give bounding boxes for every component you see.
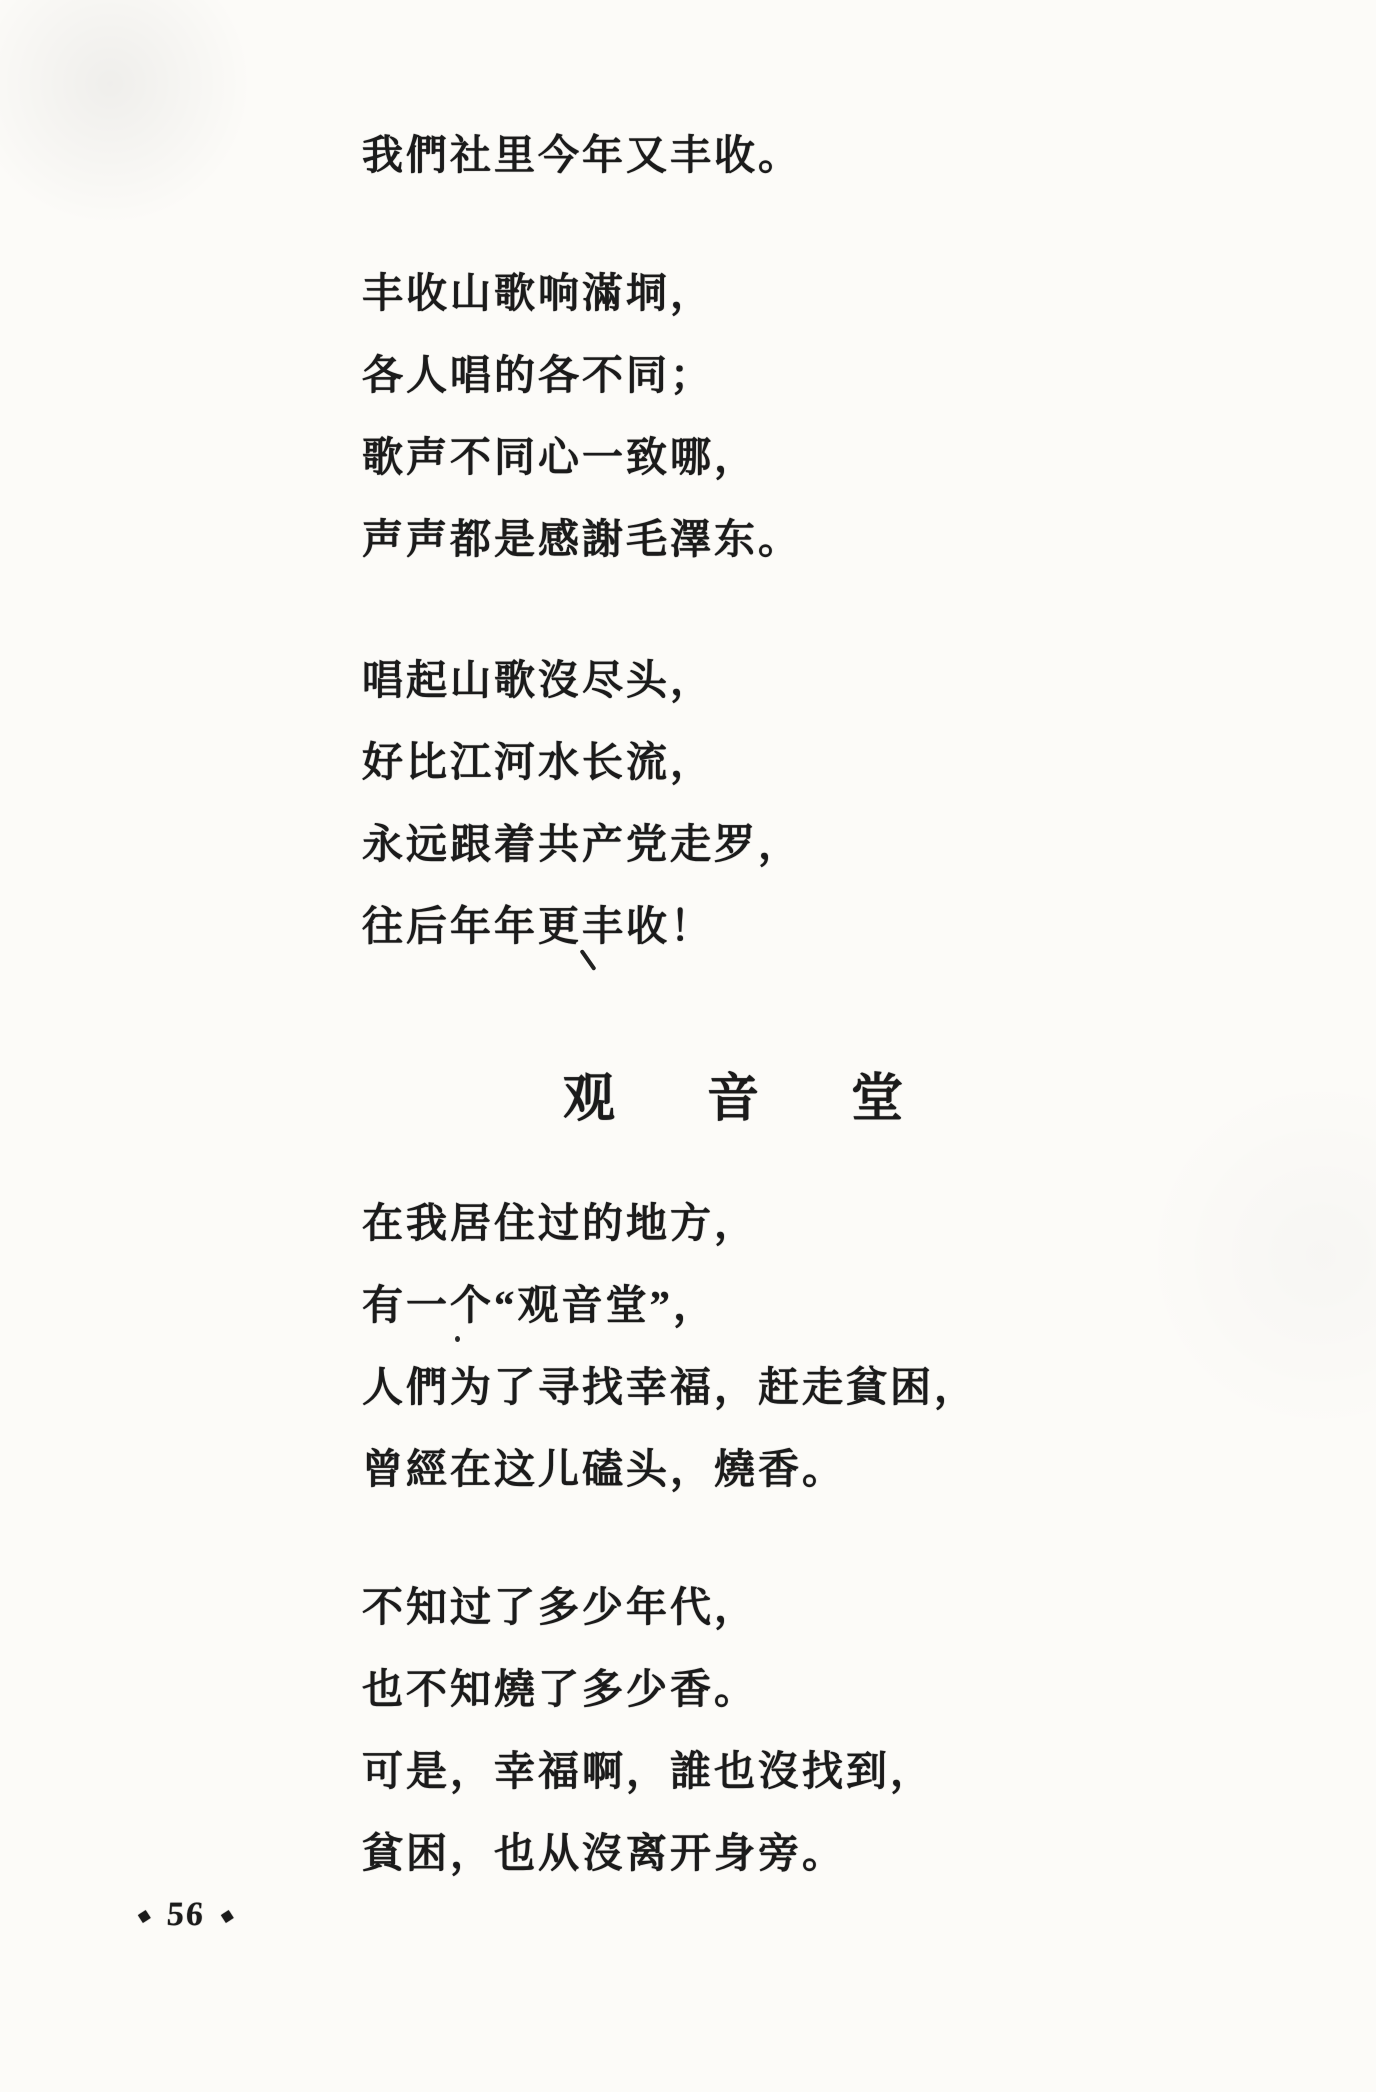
poem-line: 曾經在这儿磕头，燒香。 xyxy=(362,1428,1222,1510)
poem-line: 可是，幸福啊，誰也沒找到， xyxy=(362,1730,1222,1812)
footer-ornament-icon: ◆ xyxy=(136,1905,152,1924)
poem-line: 好比江河水长流， xyxy=(362,721,1222,803)
poem-line: 人們为了寻找幸福，赶走貧困， xyxy=(362,1346,1222,1428)
poem-line: 歌声不同心一致哪， xyxy=(362,416,1222,498)
harvest-poem-closing-stanza: 我們社里今年又丰收。 xyxy=(362,114,802,196)
page-footer: ◆ 56 ◆ xyxy=(138,1896,234,1934)
poem-line: 我們社里今年又丰收。 xyxy=(362,114,802,196)
poem-line: 也不知燒了多少香。 xyxy=(362,1648,1222,1730)
harvest-poem-stanza-3: 唱起山歌沒尽头， 好比江河水长流， 永远跟着共产党走罗， 往后年年更丰收！ xyxy=(362,639,1222,967)
poem-title-guanyintang: 观 音 堂 xyxy=(563,1064,923,1136)
stray-ink-dot xyxy=(455,1336,460,1342)
poem-line: 在我居住过的地方， xyxy=(362,1182,1222,1264)
poem-line: 声声都是感謝毛澤东。 xyxy=(362,498,1222,580)
harvest-poem-stanza-2: 丰收山歌响滿垌， 各人唱的各不同； 歌声不同心一致哪， 声声都是感謝毛澤东。 xyxy=(362,252,1222,580)
poem-line: 永远跟着共产党走罗， xyxy=(362,803,1222,885)
poem-line: 往后年年更丰收！ xyxy=(362,885,1222,967)
footer-ornament-icon: ◆ xyxy=(219,1905,235,1924)
poem-line: 貧困，也从沒离开身旁。 xyxy=(362,1812,1222,1894)
page-number: 56 xyxy=(166,1896,207,1934)
guanyintang-poem-stanza-2: 不知过了多少年代， 也不知燒了多少香。 可是，幸福啊，誰也沒找到， 貧困，也从沒… xyxy=(362,1566,1222,1894)
poem-line: 丰收山歌响滿垌， xyxy=(362,252,1222,334)
poem-line: 各人唱的各不同； xyxy=(362,334,1222,416)
poem-line: 不知过了多少年代， xyxy=(362,1566,1222,1648)
book-page: 我們社里今年又丰收。 丰收山歌响滿垌， 各人唱的各不同； 歌声不同心一致哪， 声… xyxy=(0,0,1376,2092)
poem-line: 唱起山歌沒尽头， xyxy=(362,639,1222,721)
poem-line: 有一个“观音堂”， xyxy=(362,1264,1222,1346)
guanyintang-poem-stanza-1: 在我居住过的地方， 有一个“观音堂”， 人們为了寻找幸福，赶走貧困， 曾經在这儿… xyxy=(362,1182,1222,1510)
